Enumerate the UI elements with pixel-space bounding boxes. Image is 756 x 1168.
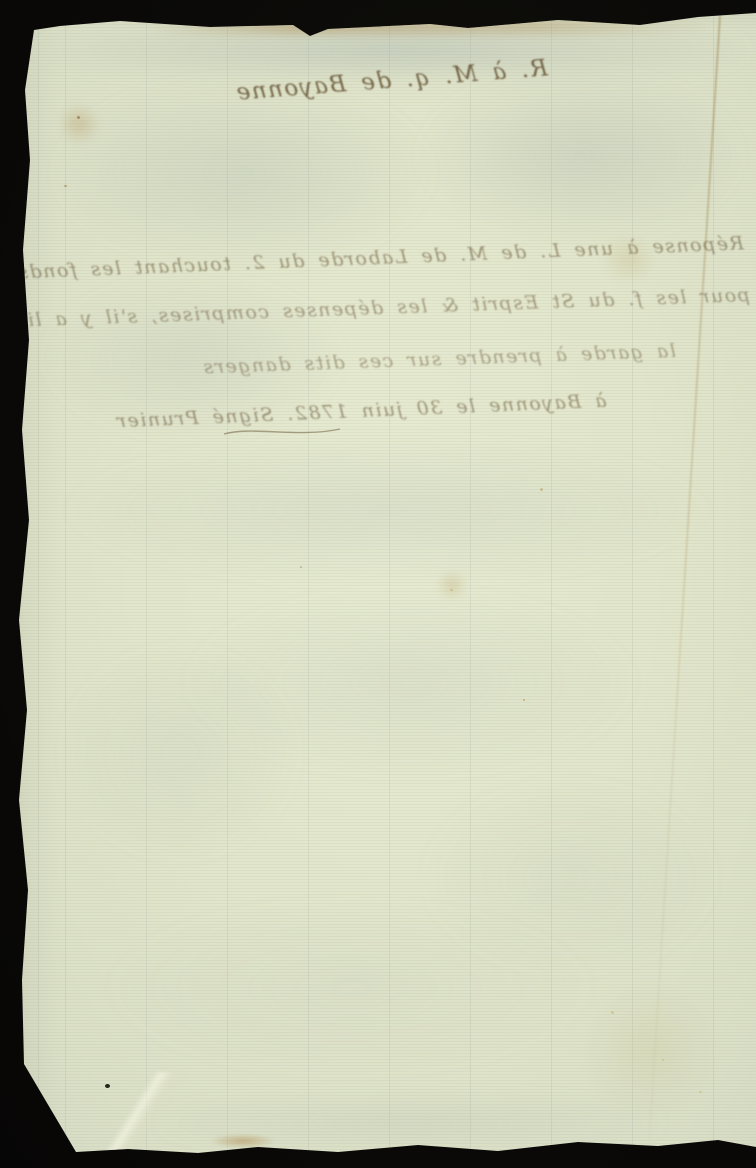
foxing-speck xyxy=(64,185,67,187)
mottle-patch xyxy=(38,275,348,440)
stain xyxy=(598,238,660,280)
mottle-patch xyxy=(55,435,720,585)
mottle-patch xyxy=(150,1095,670,1150)
mottle-patch xyxy=(48,75,438,270)
mottle-patch xyxy=(95,895,605,1080)
mottle-patch xyxy=(55,640,305,865)
stain-deckle-bump xyxy=(212,1134,274,1148)
foxing-speck xyxy=(450,589,453,591)
foxing-speck xyxy=(611,1011,614,1014)
handwriting-line: Réponse à une L. de M. de Laborde du 2. … xyxy=(60,232,744,281)
handwriting-line: pour les f. du St Esprit & les dépenses … xyxy=(62,284,750,330)
mottle-patch xyxy=(415,68,745,243)
stain xyxy=(58,103,100,145)
torn-corner-fold-highlight xyxy=(55,1072,225,1158)
stain xyxy=(436,572,468,598)
stain xyxy=(575,985,725,1115)
foxing-speck xyxy=(523,699,525,701)
foxing-speck xyxy=(540,488,543,491)
mottle-patch xyxy=(175,585,645,780)
foxing-speck xyxy=(300,566,302,568)
handwriting-line: la garde à prendre sur ces dits dangers xyxy=(208,340,676,378)
handwriting-line: à Bayonne le 30 juin 1782. Signé Prunier xyxy=(80,388,642,434)
mottle-patch xyxy=(30,18,756,82)
foxing-speck xyxy=(699,1091,702,1093)
handwriting-top-annotation: R. à M. q. de Bayonne xyxy=(275,55,548,102)
manuscript-page: R. à M. q. de Bayonne Réponse à une L. d… xyxy=(0,0,756,1168)
scan-background: R. à M. q. de Bayonne Réponse à une L. d… xyxy=(0,0,756,1168)
dark-speck xyxy=(105,1084,110,1088)
mottle-patch xyxy=(415,775,725,980)
signature-flourish xyxy=(222,424,342,438)
fold-crease xyxy=(648,16,721,1140)
foxing-speck xyxy=(77,116,80,119)
stain xyxy=(150,18,710,34)
foxing-speck xyxy=(662,1059,664,1061)
